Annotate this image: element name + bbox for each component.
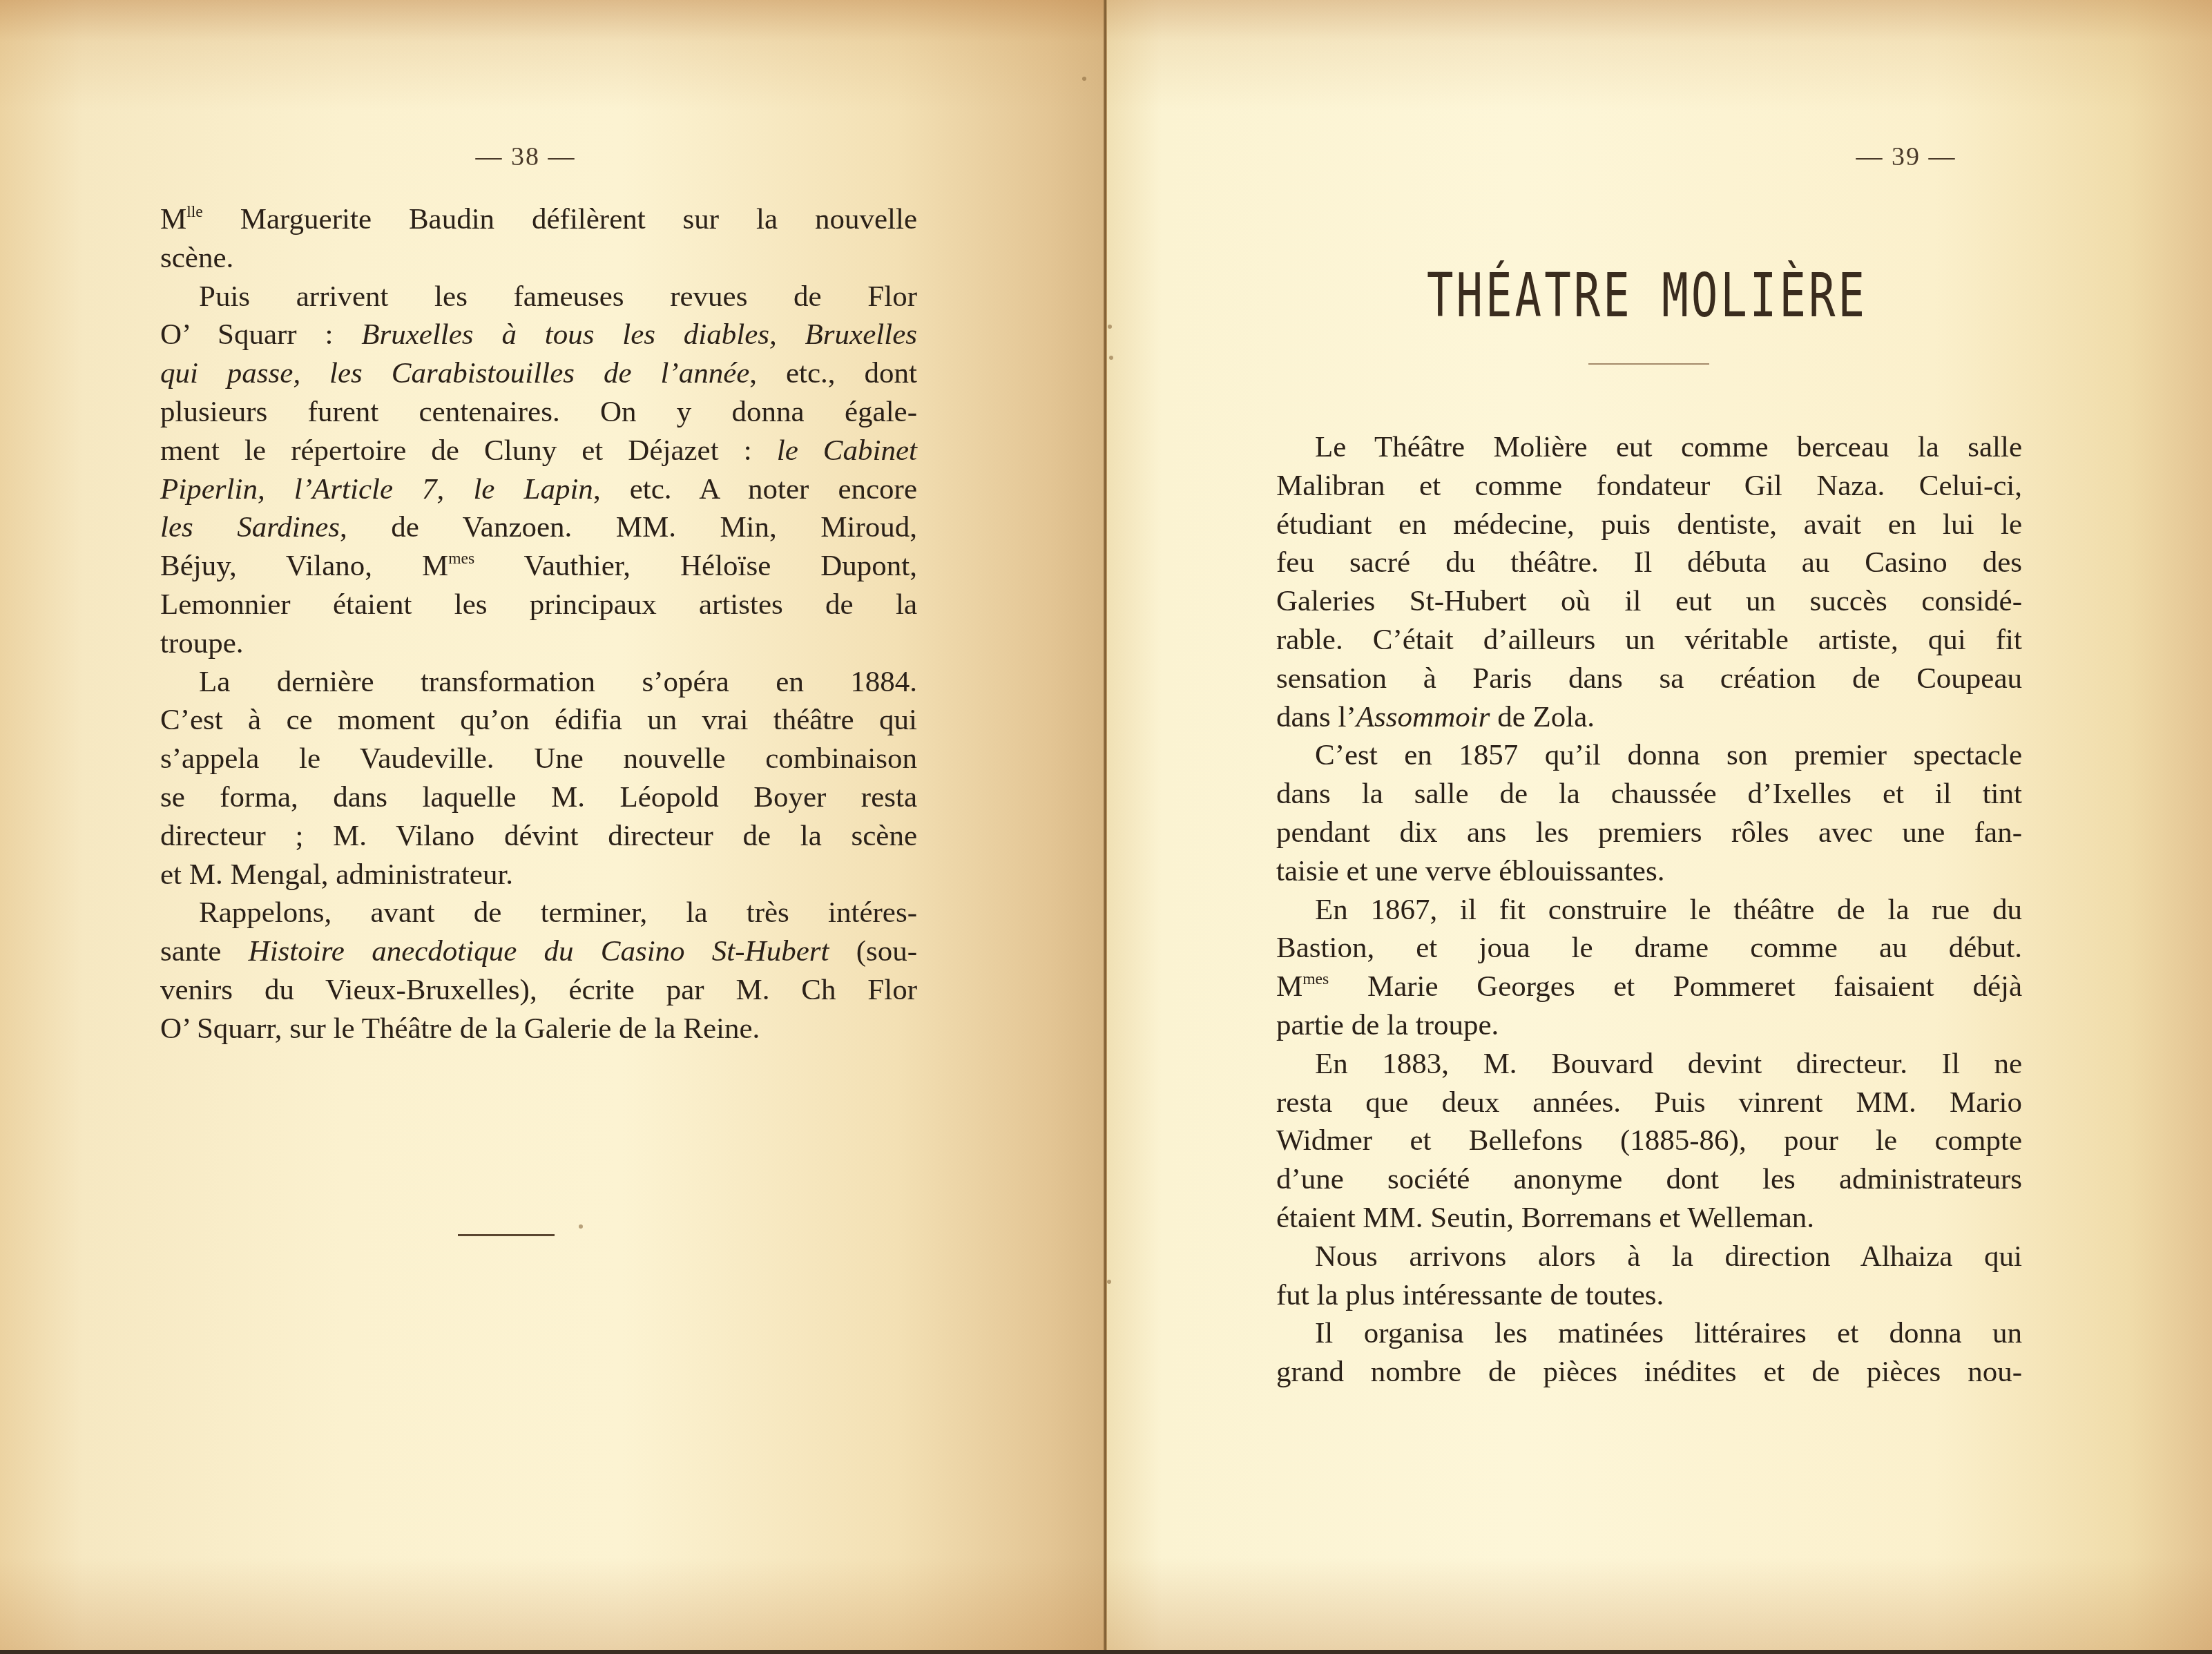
text-run: venirs du Vieux-Bruxelles), écrite par M… <box>160 974 917 1006</box>
paper-speck <box>1108 325 1112 329</box>
text-run: resta que deux années. Puis vinrent MM. … <box>1276 1086 2022 1119</box>
text-line: La dernière transformation s’opéra en 18… <box>160 663 917 702</box>
text-line: O’ Squarr : Bruxelles à tous les diables… <box>160 316 917 354</box>
text-line: dans l’Assommoir de Zola. <box>1276 698 2022 737</box>
text-run: Bastion, et joua le drame comme au début… <box>1276 932 2022 964</box>
text-run: Béjuy, Vilano, M <box>160 550 448 582</box>
text-run: se forma, dans laquelle M. Léopold Boyer… <box>160 781 917 814</box>
text-run: partie de la troupe. <box>1276 1009 1499 1041</box>
text-run: Vauthier, Héloïse Dupont, <box>474 550 917 582</box>
text-line: Nous arrivons alors à la direction Alhai… <box>1276 1238 2022 1276</box>
text-line: les Sardines, de Vanzoen. MM. Min, Mirou… <box>160 508 917 547</box>
text-run: (sou- <box>829 935 917 968</box>
text-run: Le Théâtre Molière eut comme berceau la … <box>1315 431 2022 463</box>
text-run: , de Vanzoen. MM. Min, Miroud, <box>340 511 917 544</box>
text-run: rable. C’était d’ailleurs un véritable a… <box>1276 624 2022 656</box>
text-run: sante <box>160 935 249 968</box>
text-run: , etc. A noter encore <box>593 473 917 506</box>
text-run: Lemonnier étaient les principaux artiste… <box>160 588 917 621</box>
italic-title: Piperlin, l’Article 7, le Lapin <box>160 473 593 506</box>
text-run: dans l’ <box>1276 701 1356 733</box>
text-line: Il organisa les matinées littéraires et … <box>1276 1314 2022 1353</box>
text-line: Widmer et Bellefons (1885-86), pour le c… <box>1276 1122 2022 1160</box>
text-run: La dernière transformation s’opéra en 18… <box>199 666 917 698</box>
book-gutter <box>1104 0 1107 1654</box>
text-line: se forma, dans laquelle M. Léopold Boyer… <box>160 778 917 817</box>
text-run: Il organisa les matinées littéraires et … <box>1315 1317 2022 1349</box>
text-run: M <box>1276 970 1302 1003</box>
text-run: En 1867, il fit construire le théâtre de… <box>1315 894 2022 926</box>
text-line: Galeries St-Hubert où il eut un succès c… <box>1276 582 2022 621</box>
text-line: O’ Squarr, sur le Théâtre de la Galerie … <box>160 1010 917 1048</box>
text-line: sensation à Paris dans sa création de Co… <box>1276 660 2022 698</box>
text-line: directeur ; M. Vilano dévint directeur d… <box>160 817 917 856</box>
text-run: scène. <box>160 242 233 274</box>
text-line: Piperlin, l’Article 7, le Lapin, etc. A … <box>160 470 917 509</box>
text-line: feu sacré du théâtre. Il débuta au Casin… <box>1276 544 2022 582</box>
paper-speck <box>1109 356 1113 360</box>
text-run: Marguerite Baudin défilèrent sur la nouv… <box>203 203 917 235</box>
paper-speck <box>1107 1280 1111 1284</box>
text-line: grand nombre de pièces inédites et de pi… <box>1276 1353 2022 1392</box>
text-line: Malibran et comme fondateur Gil Naza. Ce… <box>1276 467 2022 506</box>
chapter-title: THÉATRE MOLIÈRE <box>1274 262 2020 331</box>
text-run: et M. Mengal, administrateur. <box>160 858 513 891</box>
text-run: d’une société anonyme dont les administr… <box>1276 1163 2022 1195</box>
text-line: En 1883, M. Bouvard devint directeur. Il… <box>1276 1045 2022 1084</box>
text-run: directeur ; M. Vilano dévint directeur d… <box>160 820 917 852</box>
text-run: dans la salle de la chaussée d’Ixelles e… <box>1276 778 2022 810</box>
text-line: fut la plus intéressante de toutes. <box>1276 1276 2022 1315</box>
text-line: partie de la troupe. <box>1276 1006 2022 1045</box>
text-line: rable. C’était d’ailleurs un véritable a… <box>1276 621 2022 660</box>
text-run: de Zola. <box>1490 701 1595 733</box>
text-run: étudiant en médecine, puis dentiste, ava… <box>1276 508 2022 541</box>
text-run: sensation à Paris dans sa création de Co… <box>1276 662 2022 695</box>
text-line: étaient MM. Seutin, Borremans et Wellema… <box>1276 1199 2022 1238</box>
text-line: troupe. <box>160 624 917 663</box>
text-run: Rappelons, avant de terminer, la très in… <box>199 896 917 929</box>
text-line: C’est à ce moment qu’on édifia un vrai t… <box>160 701 917 740</box>
text-run: taisie et une verve éblouissantes. <box>1276 855 1664 887</box>
italic-title: qui passe, les Carabistouilles de l’anné… <box>160 357 749 390</box>
text-run: En 1883, M. Bouvard devint directeur. Il… <box>1315 1048 2022 1080</box>
text-line: Béjuy, Vilano, Mmes Vauthier, Héloïse Du… <box>160 547 917 586</box>
italic-title: Assommoir <box>1356 701 1490 733</box>
text-run: feu sacré du théâtre. Il débuta au Casin… <box>1276 546 2022 579</box>
section-end-rule <box>458 1234 555 1236</box>
text-run: troupe. <box>160 627 244 660</box>
text-run: Nous arrivons alors à la direction Alhai… <box>1315 1240 2022 1273</box>
text-run: Malibran et comme fondateur Gil Naza. Ce… <box>1276 470 2022 502</box>
text-line: Le Théâtre Molière eut comme berceau la … <box>1276 428 2022 467</box>
text-run: Widmer et Bellefons (1885-86), pour le c… <box>1276 1124 2022 1157</box>
text-line: qui passe, les Carabistouilles de l’anné… <box>160 354 917 393</box>
text-run: M <box>160 203 186 235</box>
text-run: fut la plus intéressante de toutes. <box>1276 1279 1664 1311</box>
text-run: pendant dix ans les premiers rôles avec … <box>1276 816 2022 849</box>
text-run: étaient MM. Seutin, Borremans et Wellema… <box>1276 1202 1814 1234</box>
text-run: C’est à ce moment qu’on édifia un vrai t… <box>160 704 917 736</box>
text-line: En 1867, il fit construire le théâtre de… <box>1276 891 2022 930</box>
italic-title: Bruxelles à tous les diables, Bruxelles <box>361 318 917 351</box>
text-run: Puis arrivent les fameuses revues de Flo… <box>199 280 917 313</box>
text-run: O’ Squarr, sur le Théâtre de la Galerie … <box>160 1012 760 1045</box>
superscript: mes <box>448 550 474 568</box>
text-line: C’est en 1857 qu’il donna son premier sp… <box>1276 736 2022 775</box>
text-run: ment le répertoire de Cluny et Déjazet : <box>160 434 777 467</box>
text-line: d’une société anonyme dont les administr… <box>1276 1160 2022 1199</box>
italic-title: Histoire anecdotique du Casino St-Hubert <box>249 935 829 968</box>
text-line: plusieurs furent centenaires. On y donna… <box>160 393 917 432</box>
italic-title: les Sardines <box>160 511 340 544</box>
text-line: taisie et une verve éblouissantes. <box>1276 852 2022 891</box>
text-line: ment le répertoire de Cluny et Déjazet :… <box>160 432 917 470</box>
text-run: Marie Georges et Pommeret faisaient déjà <box>1329 970 2022 1003</box>
text-line: Bastion, et joua le drame comme au début… <box>1276 929 2022 968</box>
text-run: plusieurs furent centenaires. On y donna… <box>160 396 917 428</box>
paper-speck <box>579 1224 583 1229</box>
text-run: grand nombre de pièces inédites et de pi… <box>1276 1356 2022 1388</box>
left-page: — 38 — Mlle Marguerite Baudin défilèrent… <box>0 0 1105 1654</box>
left-page-body: Mlle Marguerite Baudin défilèrent sur la… <box>160 200 917 1048</box>
right-page-body: Le Théâtre Molière eut comme berceau la … <box>1276 428 2022 1392</box>
text-line: venirs du Vieux-Bruxelles), écrite par M… <box>160 971 917 1010</box>
text-run: s’appela le Vaudeville. Une nouvelle com… <box>160 742 917 775</box>
paper-speck <box>1082 77 1086 81</box>
title-underline-rule <box>1588 363 1709 365</box>
page-number-left: — 38 — <box>422 142 629 172</box>
text-run: , etc., dont <box>749 357 917 390</box>
text-line: s’appela le Vaudeville. Une nouvelle com… <box>160 740 917 778</box>
text-run: Galeries St-Hubert où il eut un succès c… <box>1276 585 2022 617</box>
text-line: scène. <box>160 239 917 278</box>
italic-title: le Cabinet <box>777 434 917 467</box>
superscript: lle <box>186 203 203 221</box>
text-line: resta que deux années. Puis vinrent MM. … <box>1276 1084 2022 1122</box>
scan-bottom-edge <box>0 1650 2212 1654</box>
text-run: O’ Squarr : <box>160 318 361 351</box>
text-line: sante Histoire anecdotique du Casino St-… <box>160 932 917 971</box>
text-line: Puis arrivent les fameuses revues de Flo… <box>160 278 917 316</box>
text-line: Lemonnier étaient les principaux artiste… <box>160 586 917 624</box>
text-line: et M. Mengal, administrateur. <box>160 856 917 894</box>
page-number-right: — 39 — <box>1802 142 2010 172</box>
text-line: Mlle Marguerite Baudin défilèrent sur la… <box>160 200 917 239</box>
text-line: Mmes Marie Georges et Pommeret faisaient… <box>1276 968 2022 1006</box>
superscript: mes <box>1302 971 1329 989</box>
text-run: C’est en 1857 qu’il donna son premier sp… <box>1315 739 2022 771</box>
text-line: pendant dix ans les premiers rôles avec … <box>1276 814 2022 852</box>
text-line: Rappelons, avant de terminer, la très in… <box>160 894 917 932</box>
text-line: étudiant en médecine, puis dentiste, ava… <box>1276 506 2022 544</box>
text-line: dans la salle de la chaussée d’Ixelles e… <box>1276 775 2022 814</box>
